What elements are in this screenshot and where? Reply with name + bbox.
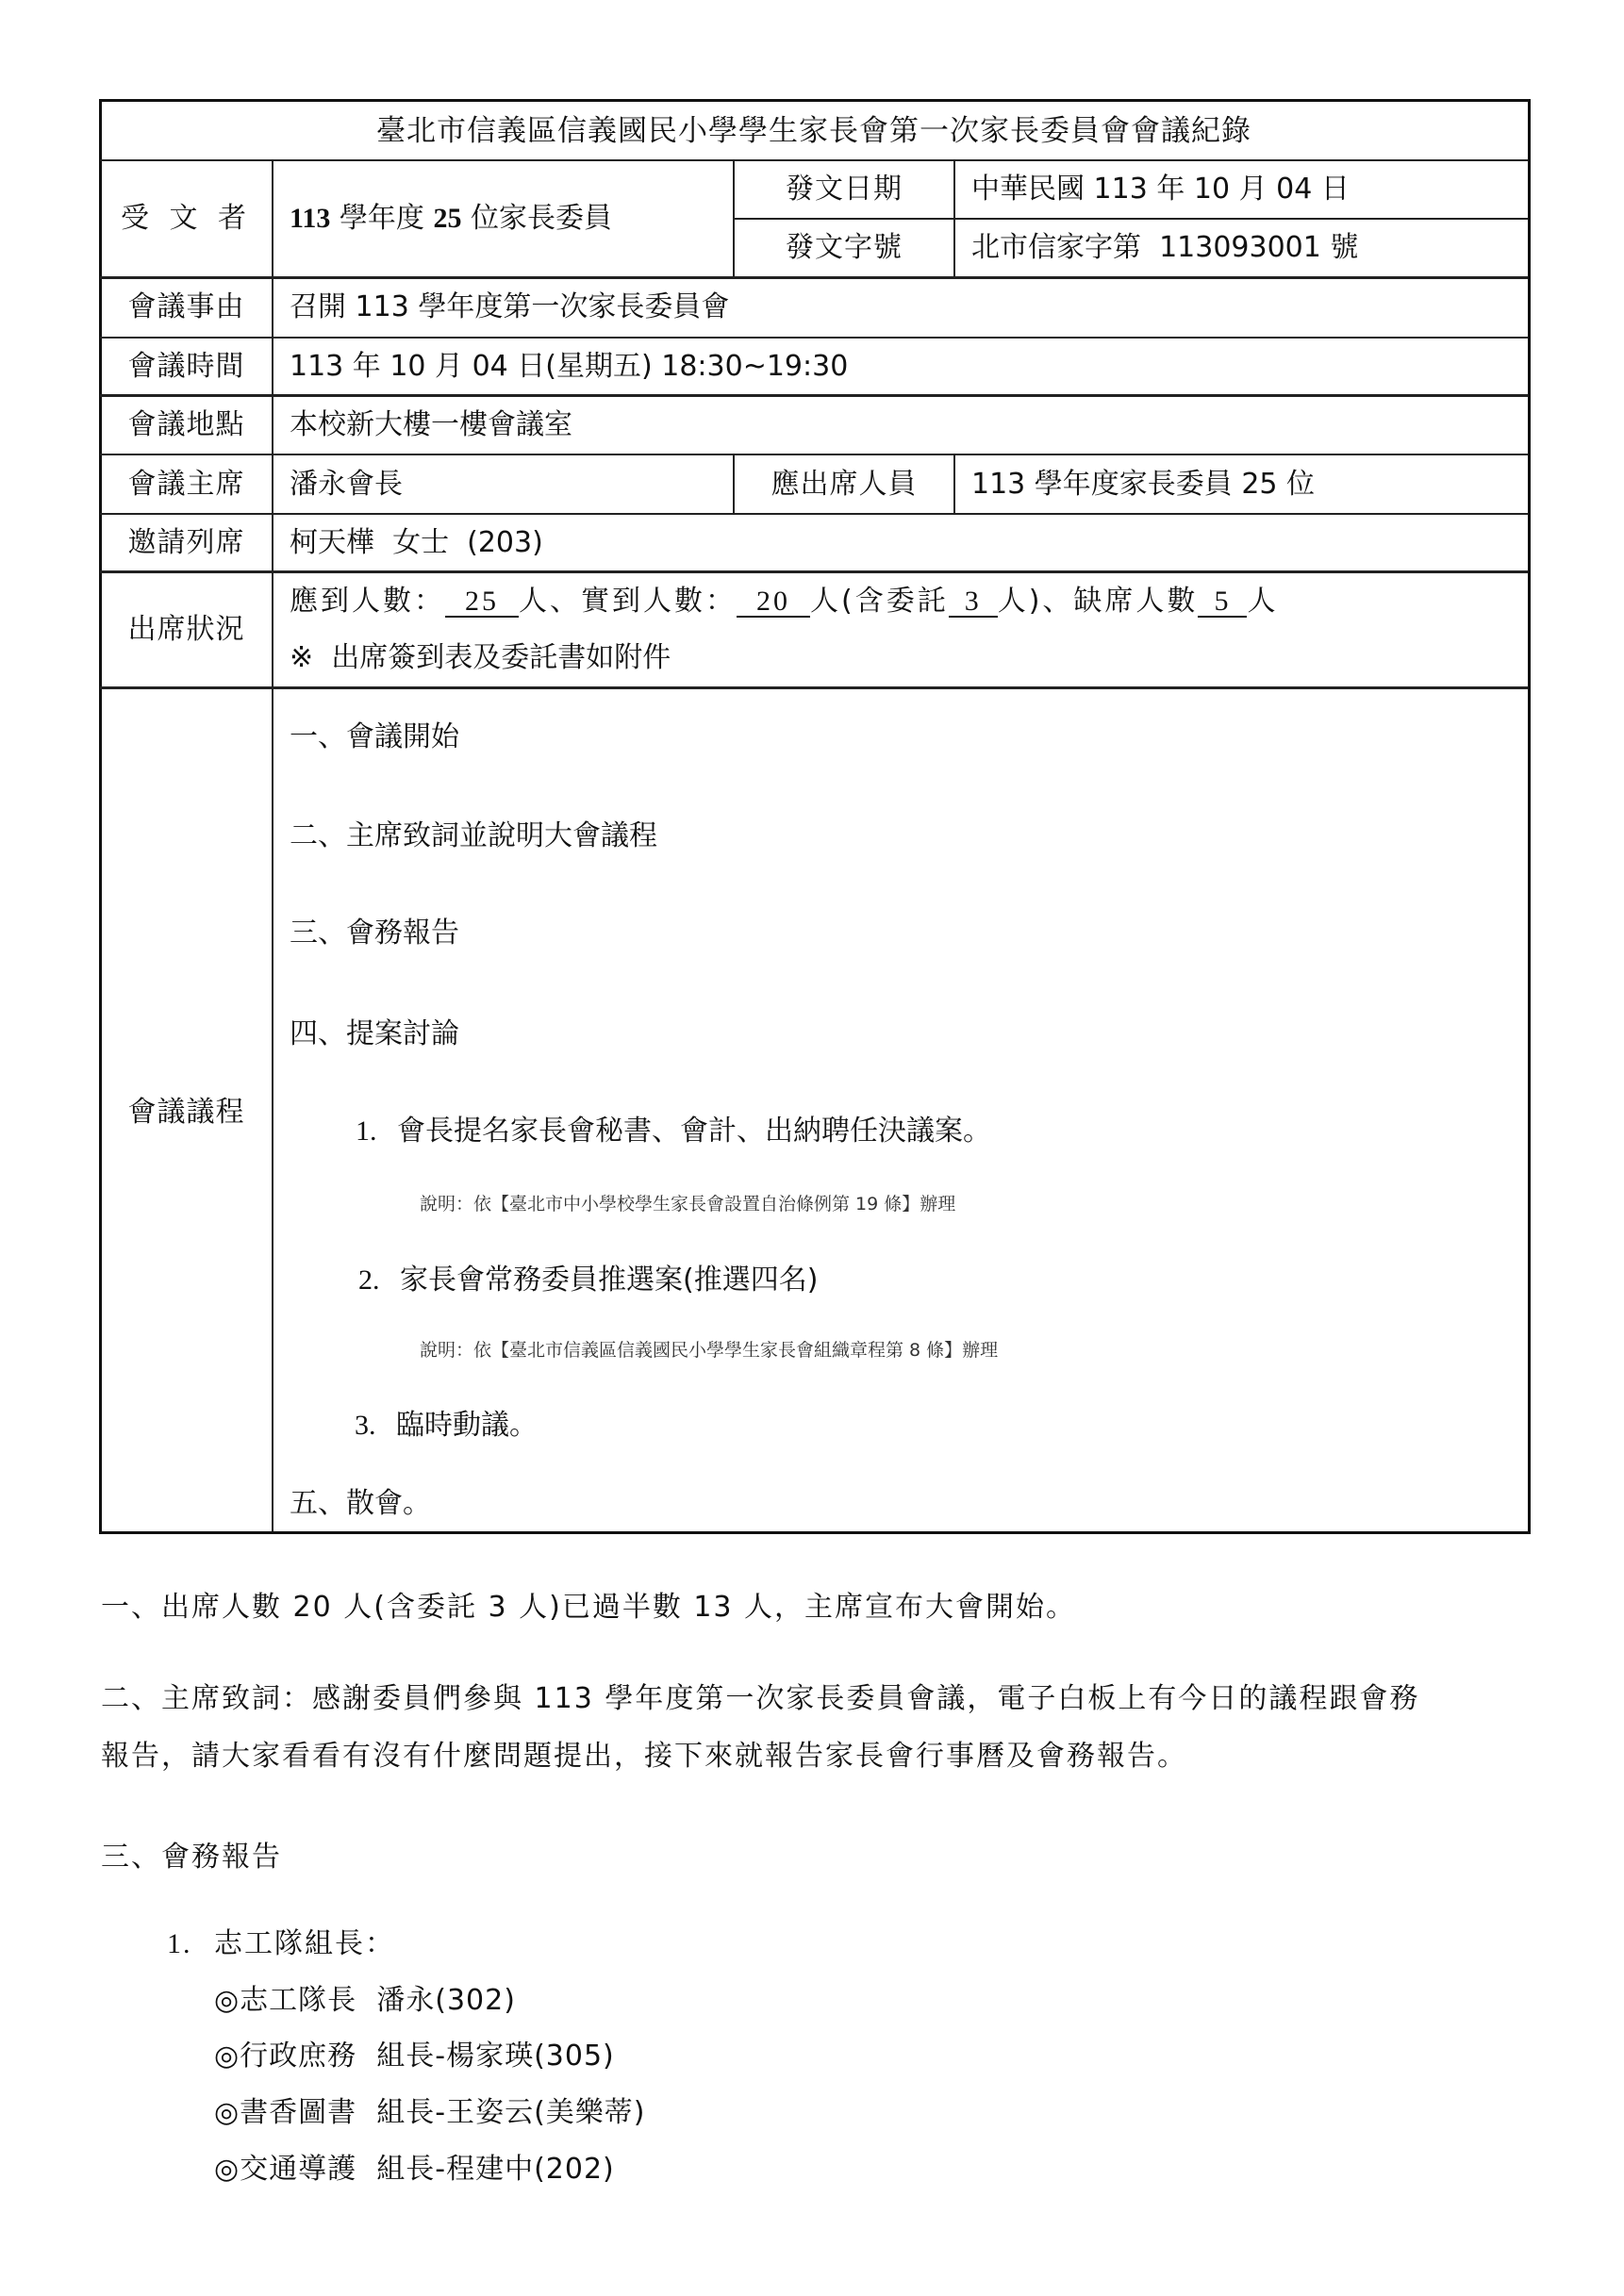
recipient-tail: 位家長委員 [461, 205, 612, 233]
minutes-para-1: 一、出席人數 20 人(含委託 3 人)已過半數 13 人，主席宣布大會開始。 [101, 1594, 1076, 1622]
proposal-text: 臨時動議。 [396, 1409, 538, 1442]
attendance-label: 出席狀況 [100, 571, 273, 687]
reason-label: 會議事由 [100, 277, 273, 338]
proposal-num: 1. [356, 1117, 397, 1146]
unit-2: 人(含委託 [810, 585, 949, 618]
report-item-title: 志工隊組長： [214, 1927, 395, 1960]
time-value: 113 年 10 月 04 日(星期五) 18:30~19:30 [290, 338, 848, 395]
proposal-3: 3.臨時動議。 [355, 1412, 538, 1440]
expected-attendees-label: 應出席人員 [734, 454, 954, 514]
agenda-item-1: 一、會議開始 [290, 723, 459, 752]
chair-value: 潘永會長 [290, 454, 403, 514]
row-divider [100, 686, 1528, 689]
minutes-para-2-line-2: 報告，請大家看看有沒有什麼問題提出，接下來就報告家長會行事曆及會務報告。 [101, 1743, 1187, 1771]
doc-number-label: 發文字號 [734, 219, 954, 276]
expected-prefix: 應到人數： [290, 585, 445, 618]
unit-3: 人)、缺席人數 [998, 585, 1199, 618]
leader-line: ◎交通導護 組長-程建中(202) [214, 2156, 615, 2184]
proposal-text: 家長會常務委員推選案(推選四名) [400, 1264, 818, 1297]
document-title: 臺北市信義區信義國民小學學生家長會第一次家長委員會會議紀錄 [100, 102, 1528, 160]
time-label: 會議時間 [100, 338, 273, 395]
leader-line: ◎志工隊長 潘永(302) [214, 1987, 516, 2015]
proposal-num: 2. [358, 1266, 400, 1295]
leader-line: ◎書香圖書 組長-王姿云(美樂蒂) [214, 2099, 645, 2127]
recipient-count: 25 [433, 205, 461, 233]
proposal-1-note: 說明：依【臺北市中小學校學生家長會設置自治條例第 19 條】辦理 [420, 1196, 955, 1214]
proposal-2-note: 說明：依【臺北市信義區信義國民小學學生家長會組織章程第 8 條】辦理 [420, 1342, 998, 1360]
recipient-value: 113 學年度 25 位家長委員 [290, 160, 612, 277]
unit-4: 人 [1247, 585, 1278, 618]
guest-value: 柯天樺 女士 (203) [290, 514, 543, 571]
report-item-1: 1.志工隊組長： [167, 1930, 395, 1958]
guest-label: 邀請列席 [100, 514, 273, 571]
absent-count: 5 [1198, 587, 1247, 618]
unit-1: 人、實到人數： [519, 585, 737, 618]
place-value: 本校新大樓一樓會議室 [290, 395, 572, 454]
attendance-counts: 應到人數：25人、實到人數：20人(含委託3人)、缺席人數5人 [290, 587, 1278, 618]
place-label: 會議地點 [100, 395, 273, 454]
leader-line: ◎行政庶務 組長-楊家瑛(305) [214, 2042, 615, 2071]
agenda-item-3: 三、會務報告 [290, 919, 459, 948]
minutes-section-3: 三、會務報告 [101, 1843, 282, 1872]
report-item-num: 1. [167, 1930, 214, 1958]
recipient-mid: 學年度 [330, 205, 433, 233]
recipient-label: 受 文 者 [100, 160, 273, 277]
actual-count: 20 [737, 587, 810, 618]
agenda-item-2: 二、主席致詞並說明大會議程 [290, 822, 657, 851]
expected-attendees-value: 113 學年度家長委員 25 位 [971, 454, 1315, 514]
doc-number-value: 北市信家字第 113093001 號 [971, 219, 1358, 276]
minutes-para-2-line-1: 二、主席致詞：感謝委員們參與 113 學年度第一次家長委員會議，電子白板上有今日… [101, 1685, 1419, 1713]
reason-value: 召開 113 學年度第一次家長委員會 [290, 277, 729, 338]
issue-date-label: 發文日期 [734, 160, 954, 218]
agenda-item-5: 五、散會。 [290, 1490, 431, 1518]
proxy-count: 3 [949, 587, 998, 618]
agenda-label: 會議議程 [100, 1094, 273, 1131]
issue-date-value: 中華民國 113 年 10 月 04 日 [971, 160, 1350, 218]
proposal-1: 1.會長提名家長會秘書、會計、出納聘任決議案。 [356, 1117, 991, 1146]
attendance-note: ※ 出席簽到表及委託書如附件 [290, 644, 671, 672]
agenda-item-4: 四、提案討論 [290, 1020, 459, 1049]
expected-count: 25 [445, 587, 519, 618]
proposal-text: 會長提名家長會秘書、會計、出納聘任決議案。 [397, 1115, 991, 1148]
proposal-2: 2.家長會常務委員推選案(推選四名) [358, 1266, 818, 1295]
chair-label: 會議主席 [100, 454, 273, 514]
proposal-num: 3. [355, 1412, 396, 1440]
recipient-year: 113 [290, 205, 330, 233]
